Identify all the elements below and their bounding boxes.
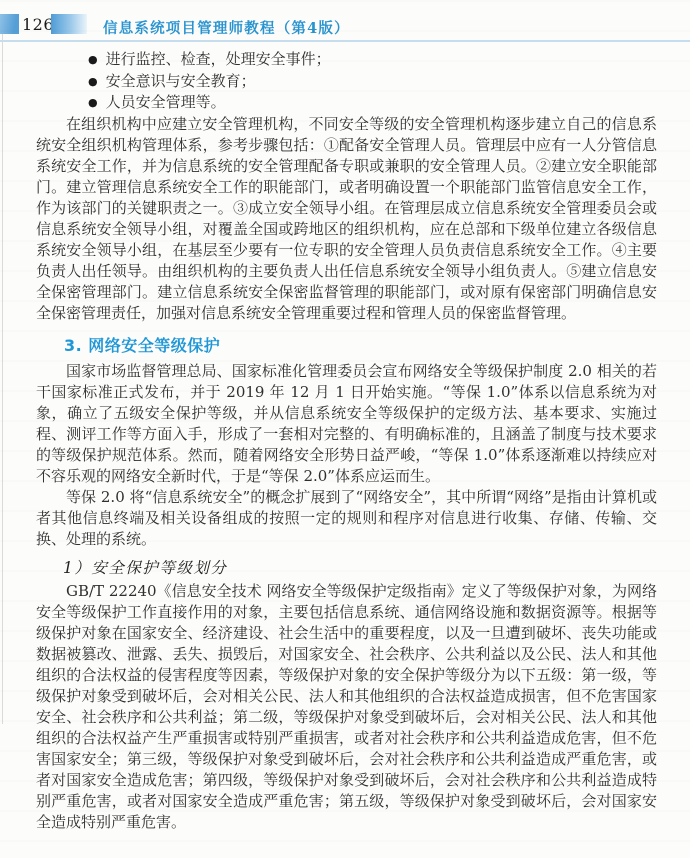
header-rule (0, 40, 690, 42)
bullet-icon: ● (88, 49, 98, 71)
sub-heading: 1）安全保护等级划分 (63, 558, 657, 579)
book-title: 信息系统项目管理师教程（第4版） (103, 17, 350, 38)
page-content: ●进行监控、检查，处理安全事件； ●安全意识与安全教育； ●人员安全管理等。 在… (36, 47, 657, 833)
section-heading: 3. 网络安全等级保护 (64, 335, 657, 356)
paragraph-djbh-intro: 国家市场监督管理总局、国家标准化管理委员会宣布网络安全等级保护制度 2.0 相关… (36, 361, 657, 487)
list-item: ●安全意识与安全教育； (88, 71, 657, 93)
bullet-list: ●进行监控、检查，处理安全事件； ●安全意识与安全教育； ●人员安全管理等。 (36, 47, 657, 114)
paragraph-djbh-scope: 等保 2.0 将“信息系统安全”的概念扩展到了“网络安全”，其中所谓“网络”是指… (36, 487, 657, 550)
paragraph-protection-levels: GB/T 22240《信息安全技术 网络安全等级保护定级指南》定义了等级保护对象… (36, 581, 657, 833)
list-item: ●进行监控、检查，处理安全事件； (88, 49, 657, 71)
bullet-icon: ● (88, 71, 98, 93)
list-item-text: 安全意识与安全教育； (106, 72, 256, 90)
paragraph-org-steps: 在组织机构中应建立安全管理机构，不同安全等级的安全管理机构逐步建立自己的信息系统… (36, 114, 657, 324)
header-accent-block-right (51, 14, 87, 34)
header-accent-block-left (0, 14, 19, 34)
book-page: 126 信息系统项目管理师教程（第4版） ●进行监控、检查，处理安全事件； ●安… (0, 0, 690, 858)
list-item: ●人员安全管理等。 (88, 92, 657, 114)
page-number: 126 (22, 15, 54, 34)
list-item-text: 人员安全管理等。 (106, 93, 226, 111)
bullet-icon: ● (88, 92, 98, 114)
list-item-text: 进行监控、检查，处理安全事件； (106, 50, 331, 68)
page-scan-edge (2, 34, 3, 724)
